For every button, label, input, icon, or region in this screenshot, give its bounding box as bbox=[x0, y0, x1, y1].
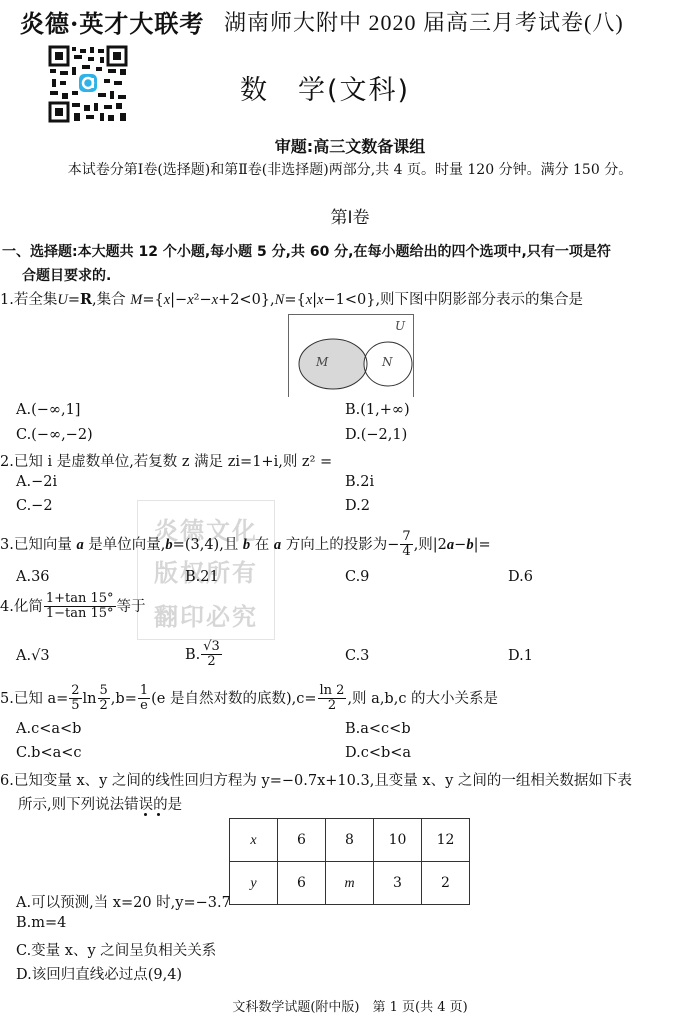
question-5-stem: 5.已知 a=25ln52,b=1e(e 是自然对数的底数),c=ln 22,则… bbox=[0, 684, 498, 714]
text: ,集合 bbox=[92, 292, 130, 308]
text: =(3,4),且 bbox=[173, 537, 243, 553]
table-cell: 8 bbox=[326, 819, 374, 862]
q2-option-b[interactable]: B.2i bbox=[345, 474, 374, 490]
q4-option-a[interactable]: A.√3 bbox=[16, 648, 50, 664]
table-cell: 6 bbox=[278, 862, 326, 905]
cell-text: m bbox=[344, 876, 354, 891]
fraction-numerator: ln 2 bbox=[318, 684, 347, 699]
fraction-numerator: 5 bbox=[98, 684, 110, 699]
page-footer: 文科数学试题(附中版) 第 1 页(共 4 页) bbox=[0, 996, 700, 1015]
question-text: 已知 i 是虚数单位,若复数 z 满足 zi=1+i,则 z² = bbox=[14, 454, 332, 470]
q2-option-d[interactable]: D.2 bbox=[345, 498, 370, 514]
reviewer-line: 审题:高三文数备课组 bbox=[0, 134, 700, 157]
text: 方向上的投影为− bbox=[281, 537, 399, 553]
fraction-numerator: √3 bbox=[201, 640, 222, 655]
q5-option-c[interactable]: C.b<a<c bbox=[16, 745, 82, 761]
fraction: 25 bbox=[69, 684, 81, 714]
text: 是单位向量, bbox=[84, 537, 166, 553]
watermark-line-3: 翻印必究 bbox=[138, 597, 274, 632]
fraction: 1e bbox=[138, 684, 150, 714]
q3-option-b[interactable]: B.21 bbox=[185, 569, 219, 585]
table-cell: 6 bbox=[278, 819, 326, 862]
fraction-denominator: 4 bbox=[400, 545, 412, 559]
q3-option-c[interactable]: C.9 bbox=[345, 569, 369, 585]
fraction-denominator: 2 bbox=[98, 699, 110, 713]
question-number: 5. bbox=[0, 691, 14, 707]
table-cell: 3 bbox=[374, 862, 422, 905]
fraction-denominator: 5 bbox=[69, 699, 81, 713]
table-cell: 12 bbox=[422, 819, 470, 862]
text: 若全集 bbox=[14, 292, 58, 308]
text: (e 是自然对数的底数),c= bbox=[151, 691, 316, 707]
fraction-denominator: 2 bbox=[318, 699, 347, 713]
exam-intro: 本试卷分第Ⅰ卷(选择题)和第Ⅱ卷(非选择题)两部分,共 4 页。时量 120 分… bbox=[0, 159, 700, 179]
q6-option-d[interactable]: D.该回归直线必过点(9,4) bbox=[16, 963, 182, 984]
table-row: x 6 8 10 12 bbox=[230, 819, 470, 862]
vector-b: b bbox=[165, 537, 172, 553]
text: ln bbox=[83, 691, 97, 707]
question-number: 4. bbox=[0, 599, 14, 615]
text: − bbox=[454, 537, 466, 553]
q4-option-b[interactable]: B.√32 bbox=[185, 640, 223, 670]
section-heading-cont: 合题目要求的. bbox=[22, 265, 111, 285]
table-header-cell: y bbox=[230, 862, 278, 905]
math-var: N bbox=[275, 292, 285, 308]
q1-option-c[interactable]: C.(−∞,−2) bbox=[16, 427, 93, 443]
question-number: 3. bbox=[0, 537, 14, 553]
text: ,b= bbox=[111, 691, 137, 707]
fraction-numerator: 1 bbox=[138, 684, 150, 699]
table-header-cell: x bbox=[230, 819, 278, 862]
q2-option-a[interactable]: A.−2i bbox=[16, 474, 57, 490]
data-table: x 6 8 10 12 y 6 m 3 2 bbox=[229, 818, 470, 905]
emphasis-dot bbox=[144, 813, 147, 816]
q4-option-d[interactable]: D.1 bbox=[508, 648, 533, 664]
question-2-stem: 2.已知 i 是虚数单位,若复数 z 满足 zi=1+i,则 z² = bbox=[0, 450, 332, 471]
venn-label-n: N bbox=[382, 355, 393, 369]
table-cell: m bbox=[326, 862, 374, 905]
text: ={ bbox=[284, 292, 305, 308]
table-cell: 2 bbox=[422, 862, 470, 905]
fraction-numerator: 1+tan 15° bbox=[44, 592, 116, 607]
text: ²− bbox=[194, 292, 212, 308]
exam-title: 湖南师大附中 2020 届高三月考试卷(八) bbox=[224, 6, 624, 37]
text: = bbox=[68, 292, 80, 308]
question-1-stem: 1.若全集U=R,集合 M={x|−x²−x+2<0},N={x|x−1<0},… bbox=[0, 288, 583, 309]
fraction-denominator: 2 bbox=[201, 655, 222, 669]
table-cell: 10 bbox=[374, 819, 422, 862]
exam-brand: 炎德·英才大联考 bbox=[20, 4, 204, 39]
q1-option-d[interactable]: D.(−2,1) bbox=[345, 427, 407, 443]
text: 已知 a= bbox=[14, 691, 68, 707]
cell-text: x bbox=[250, 833, 256, 848]
table-row: y 6 m 3 2 bbox=[230, 862, 470, 905]
fraction: 1+tan 15°1−tan 15° bbox=[44, 592, 116, 622]
q1-option-b[interactable]: B.(1,+∞) bbox=[345, 402, 410, 418]
question-number: 6. bbox=[0, 773, 14, 789]
text: 在 bbox=[250, 537, 274, 553]
qr-code-icon bbox=[48, 45, 128, 123]
venn-label-u: U bbox=[395, 319, 405, 333]
question-number: 2. bbox=[0, 454, 14, 470]
question-6-stem-line2: 所示,则下列说法错误的是 bbox=[18, 793, 182, 814]
emphasis-dot bbox=[157, 813, 160, 816]
text: −1<0},则下图中阴影部分表示的集合是 bbox=[323, 292, 583, 308]
subject-title: 数 学(文科) bbox=[240, 68, 410, 107]
venn-label-m: M bbox=[316, 355, 328, 369]
q3-option-d[interactable]: D.6 bbox=[508, 569, 533, 585]
text: +2<0}, bbox=[218, 292, 275, 308]
fraction-denominator: 1−tan 15° bbox=[44, 607, 116, 621]
question-4-stem: 4.化简1+tan 15°1−tan 15°等于 bbox=[0, 592, 146, 622]
cell-text: y bbox=[250, 876, 256, 891]
q5-option-d[interactable]: D.c<b<a bbox=[345, 745, 411, 761]
fraction: 74 bbox=[400, 530, 412, 560]
text: 等于 bbox=[117, 599, 146, 615]
question-text: 已知变量 x、y 之间的线性回归方程为 y=−0.7x+10.3,且变量 x、y… bbox=[14, 773, 632, 789]
venn-diagram: U M N bbox=[288, 314, 414, 397]
text: ,则|2 bbox=[414, 537, 447, 553]
part-title: 第Ⅰ卷 bbox=[0, 203, 700, 228]
section-heading: 一、选择题:本大题共 12 个小题,每小题 5 分,共 60 分,在每小题给出的… bbox=[2, 241, 611, 261]
vector-a: a bbox=[76, 537, 83, 553]
text: ,则 a,b,c 的大小关系是 bbox=[347, 691, 498, 707]
question-number: 1. bbox=[0, 292, 14, 308]
text: 化简 bbox=[14, 599, 43, 615]
text: ={ bbox=[142, 292, 163, 308]
fraction-numerator: 2 bbox=[69, 684, 81, 699]
math-set-R: R bbox=[80, 291, 92, 308]
text: |= bbox=[474, 537, 491, 553]
fraction: √32 bbox=[201, 640, 222, 670]
fraction-numerator: 7 bbox=[400, 530, 412, 545]
math-var: U bbox=[57, 292, 67, 308]
q6-option-c[interactable]: C.变量 x、y 之间呈负相关关系 bbox=[16, 939, 216, 960]
math-var: M bbox=[130, 292, 142, 308]
fraction-denominator: e bbox=[138, 699, 150, 713]
question-3-stem: 3.已知向量 a 是单位向量,b=(3,4),且 b 在 a 方向上的投影为−7… bbox=[0, 530, 491, 560]
q4-option-c[interactable]: C.3 bbox=[345, 648, 369, 664]
fraction: ln 22 bbox=[318, 684, 347, 714]
q5-option-a[interactable]: A.c<a<b bbox=[16, 721, 81, 737]
text: 已知向量 bbox=[14, 537, 77, 553]
q3-option-a[interactable]: A.36 bbox=[16, 569, 50, 585]
vector-b: b bbox=[466, 537, 473, 553]
q6-option-b[interactable]: B.m=4 bbox=[16, 915, 66, 931]
question-6-stem-line1: 6.已知变量 x、y 之间的线性回归方程为 y=−0.7x+10.3,且变量 x… bbox=[0, 769, 632, 790]
text: |− bbox=[170, 292, 187, 308]
fraction: 52 bbox=[98, 684, 110, 714]
q6-option-a[interactable]: A.可以预测,当 x=20 时,y=−3.7 bbox=[16, 891, 231, 912]
q1-option-a[interactable]: A.(−∞,1] bbox=[16, 402, 80, 418]
q2-option-c[interactable]: C.−2 bbox=[16, 498, 53, 514]
option-label: B. bbox=[185, 647, 200, 663]
q5-option-b[interactable]: B.a<c<b bbox=[345, 721, 411, 737]
